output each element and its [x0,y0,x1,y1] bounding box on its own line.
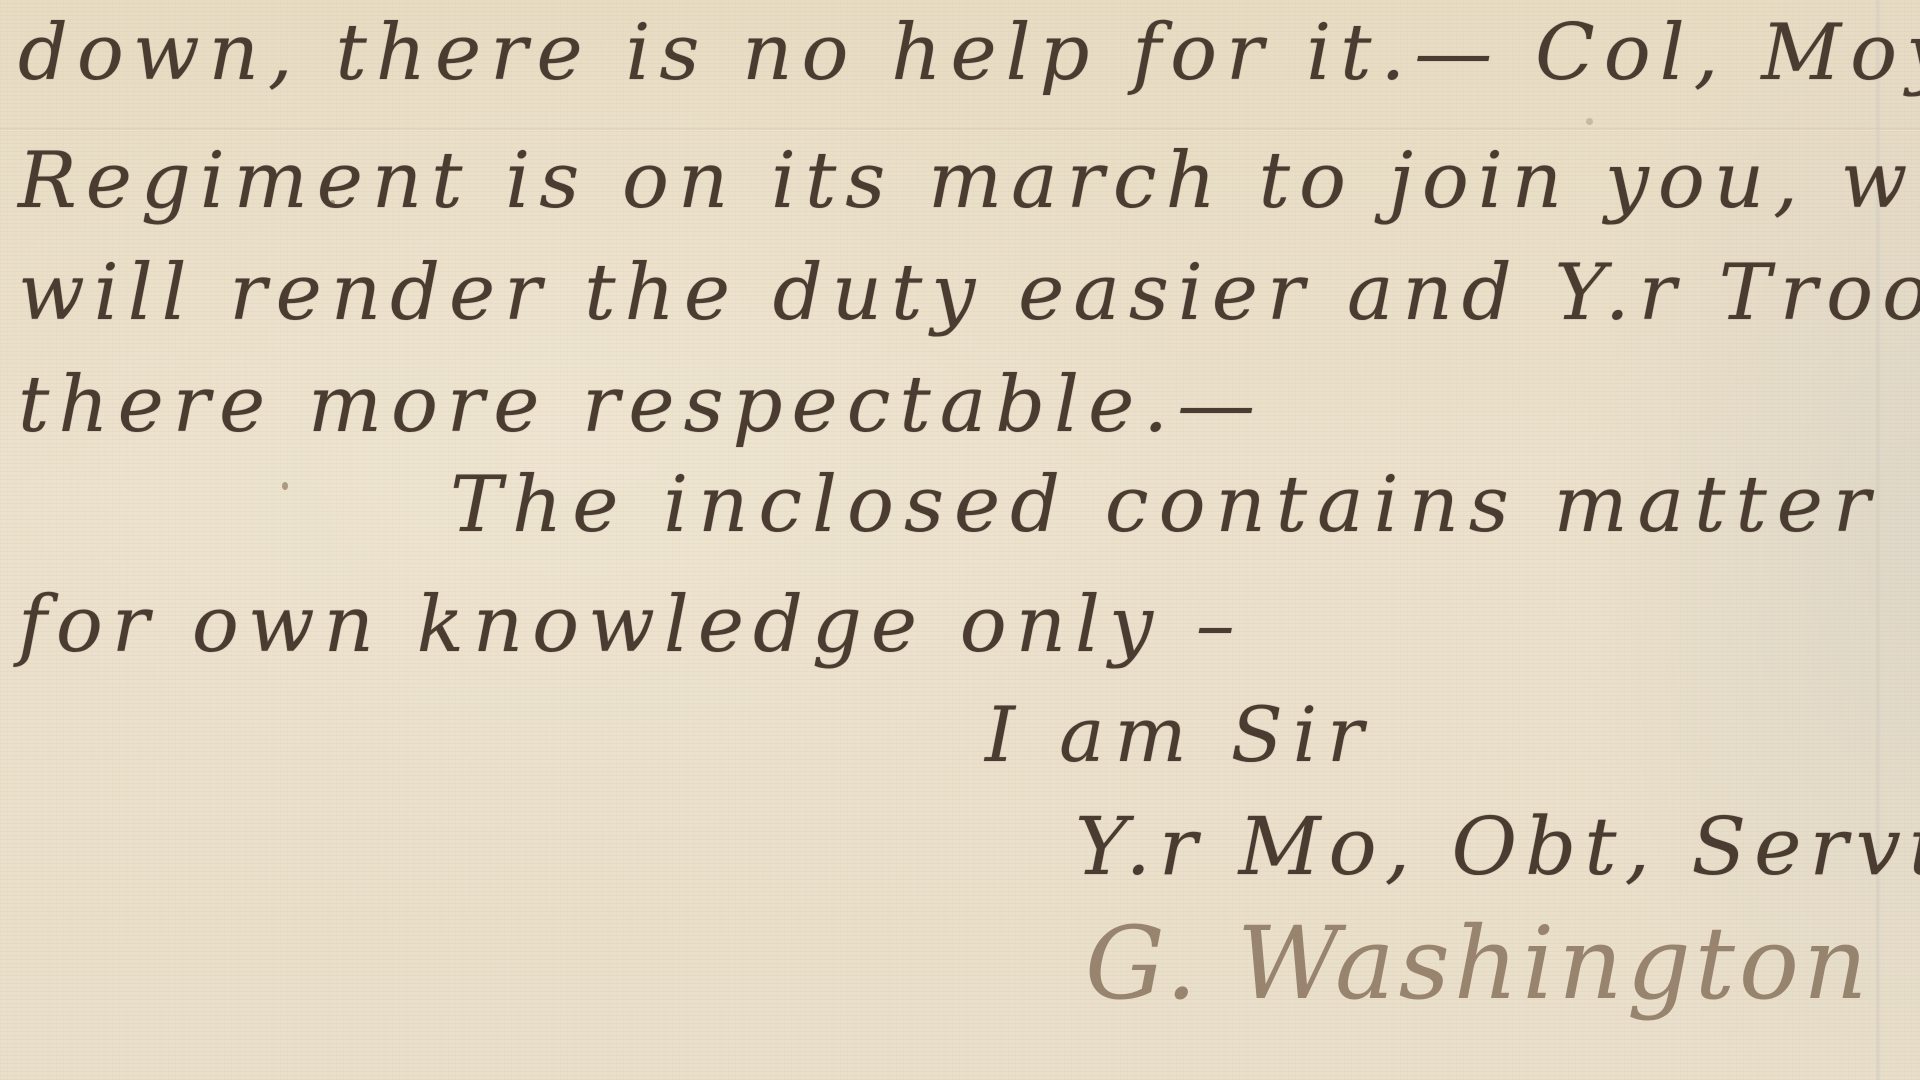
fold-crease [0,128,1920,131]
ink-speck [1586,118,1593,125]
closing-salutation: I am Sir [985,690,1373,779]
letter-line-6: for own knowledge only – [18,580,1244,670]
letter-page: down, there is no help for it.— Col, Moy… [0,0,1920,1080]
letter-line-5: The inclosed contains matter [450,460,1880,550]
signature: G. Washington [1085,905,1872,1022]
letter-line-2: Regiment is on its march to join you, wh… [18,136,1920,226]
ink-speck [282,482,288,490]
closing-servant: Y.r Mo, Obt, Servt [1075,800,1920,893]
letter-line-3: will render the duty easier and Y.r Troo… [18,248,1920,338]
letter-line-1: down, there is no help for it.— Col, Moy… [18,8,1920,98]
letter-line-4: there more respectable.— [18,360,1264,450]
